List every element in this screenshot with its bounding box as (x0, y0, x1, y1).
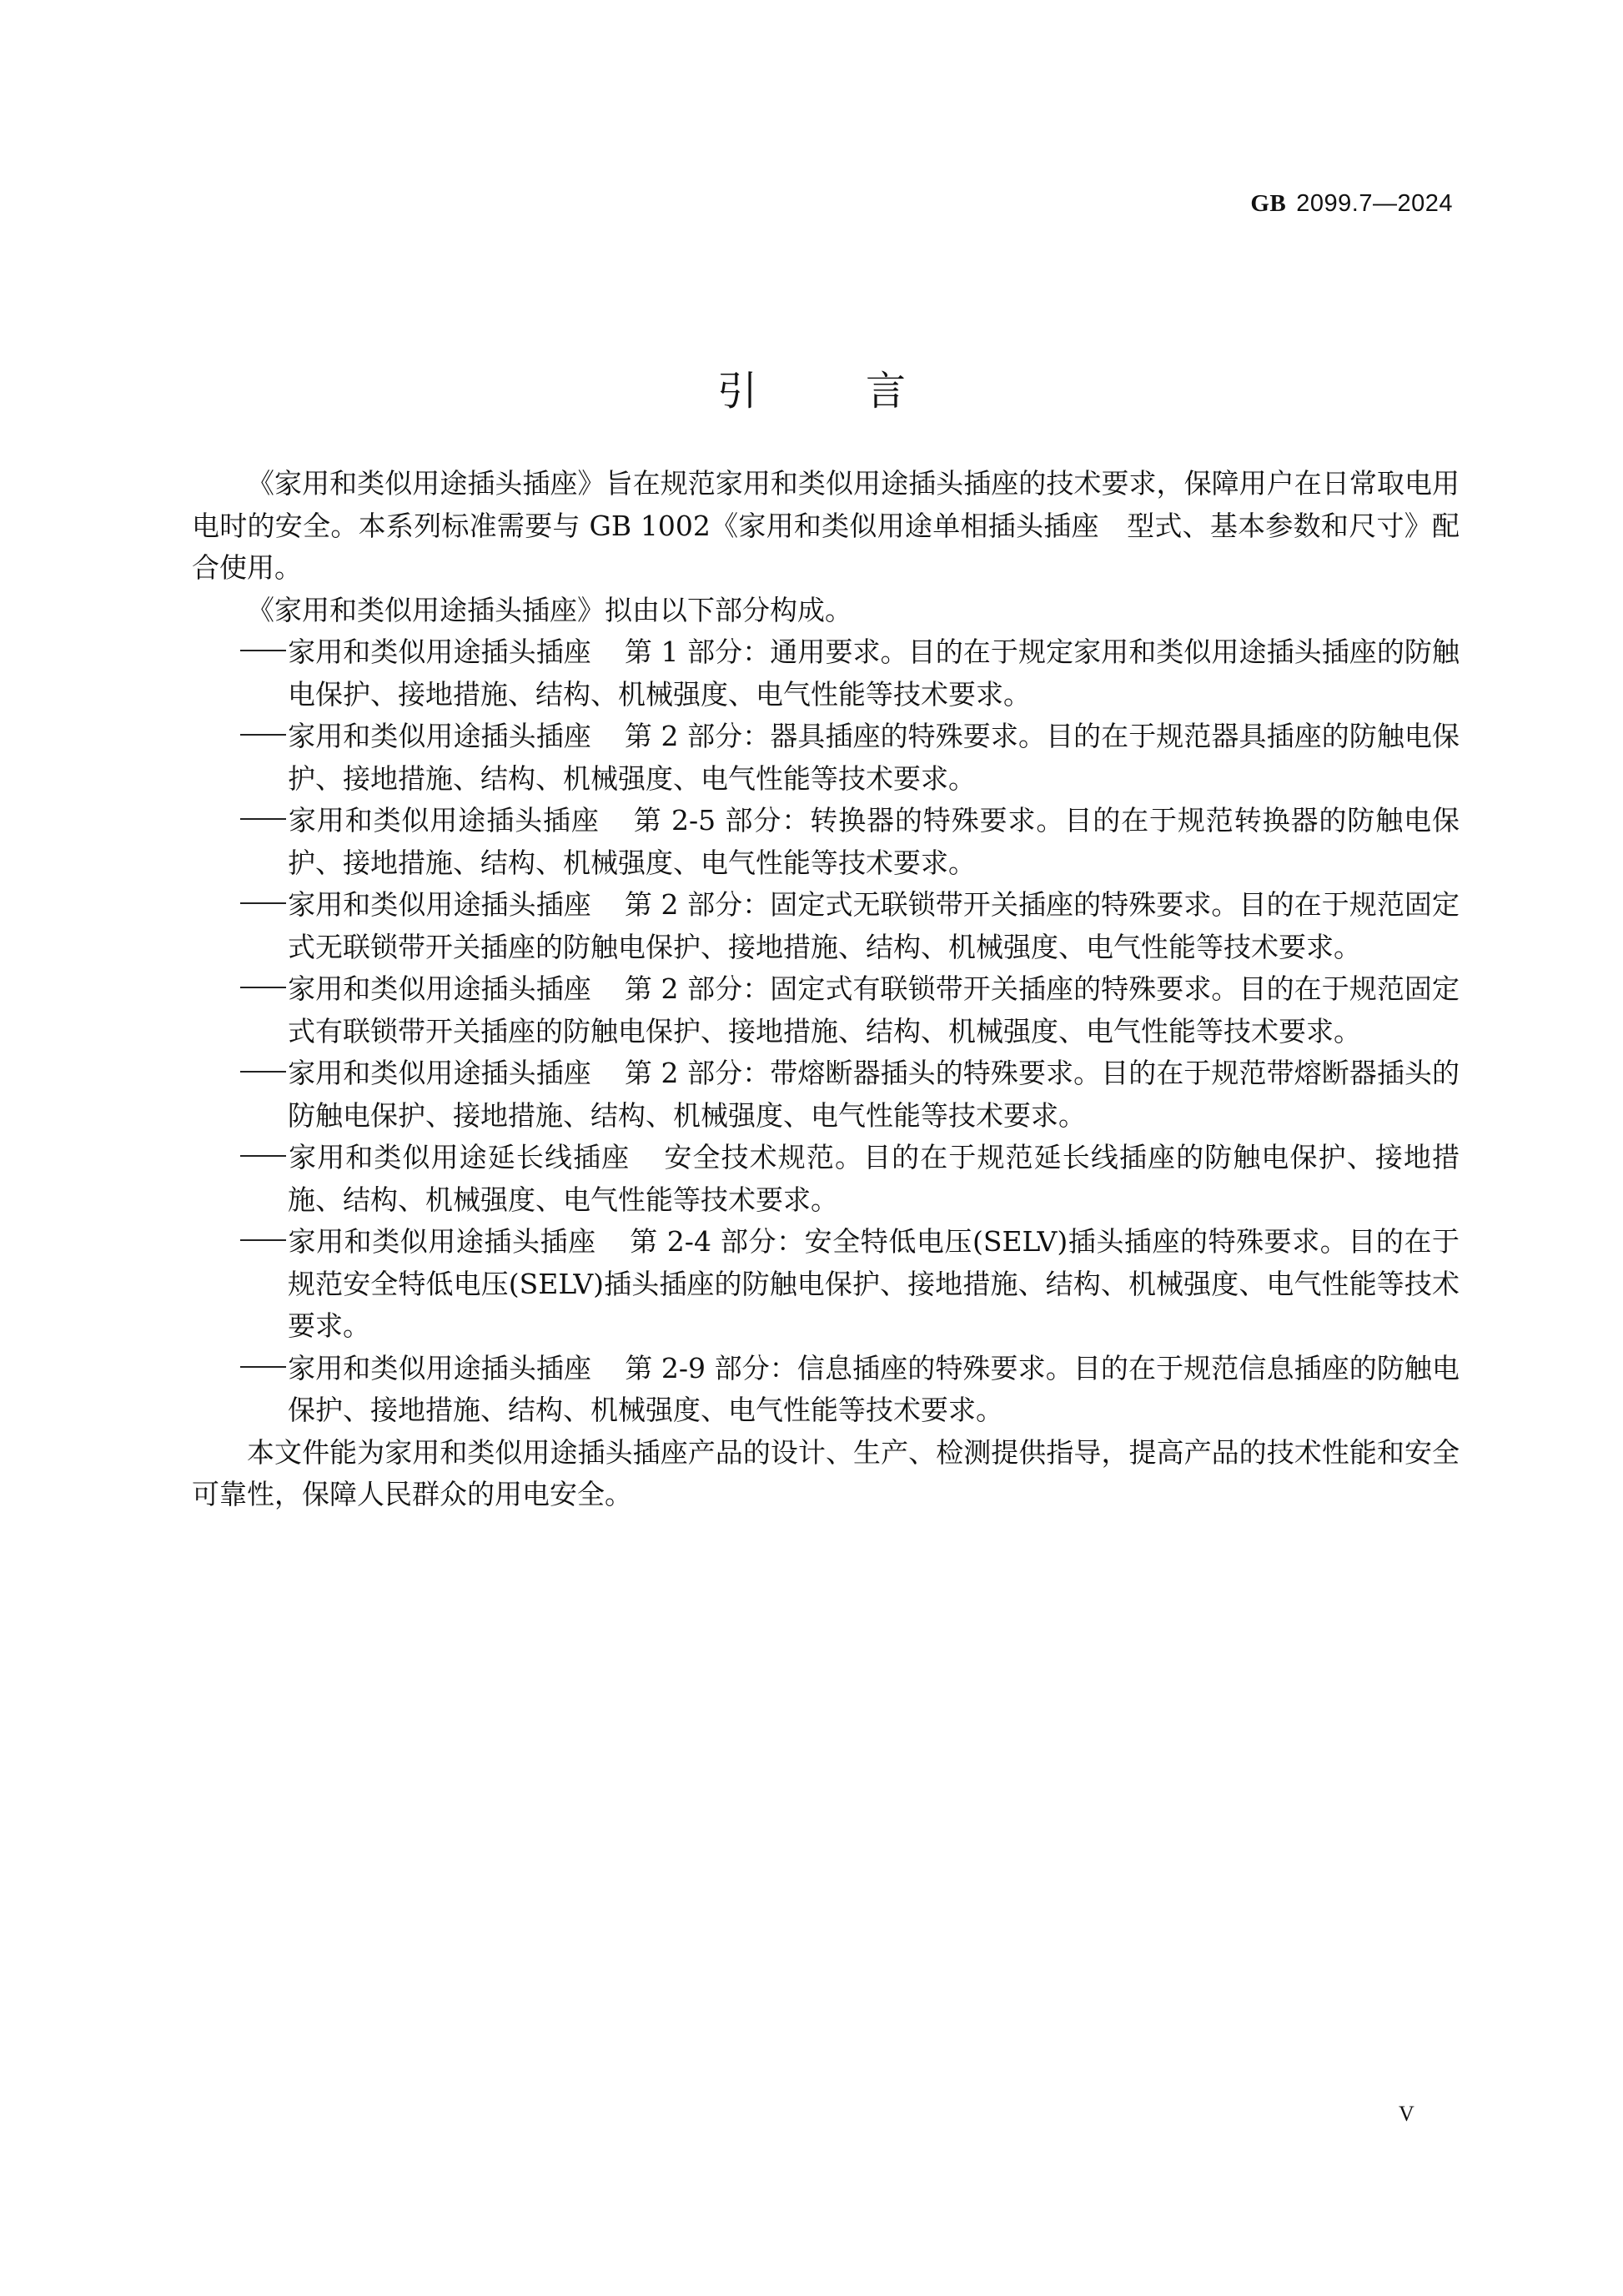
parts-list: 家用和类似用途插头插座第 1 部分：通用要求。目的在于规定家用和类似用途插头插座… (192, 631, 1460, 1432)
standard-number: 2099.7—2024 (1296, 190, 1453, 217)
part-name: 家用和类似用途插头插座 (288, 1225, 596, 1258)
list-item: 家用和类似用途插头插座第 2 部分：固定式无联锁带开关插座的特殊要求。目的在于规… (192, 884, 1460, 968)
dash-bullet-icon (192, 884, 288, 927)
list-item: 家用和类似用途插头插座第 1 部分：通用要求。目的在于规定家用和类似用途插头插座… (192, 631, 1460, 716)
part-name: 家用和类似用途插头插座 (288, 972, 591, 1005)
part-name: 家用和类似用途插头插座 (288, 1057, 591, 1089)
title-char-1: 引 (717, 359, 757, 416)
dash-bullet-icon (192, 1221, 288, 1264)
part-title: 第 2-5 部分：转换器的特殊要求。 (633, 804, 1065, 837)
dash-bullet-icon (192, 631, 288, 674)
dash-bullet-icon (192, 1053, 288, 1095)
part-title: 第 2-4 部分：安全特低电压(SELV)插头插座的特殊要求。 (630, 1225, 1349, 1258)
part-name: 家用和类似用途插头插座 (288, 1352, 591, 1384)
introduction-body: 《家用和类似用途插头插座》旨在规范家用和类似用途插头插座的技术要求，保障用户在日… (192, 463, 1460, 1516)
list-item: 家用和类似用途插头插座第 2-9 部分：信息插座的特殊要求。目的在于规范信息插座… (192, 1348, 1460, 1432)
standard-number-header: GB2099.7—2024 (1250, 190, 1453, 218)
part-title: 第 2 部分：固定式有联锁带开关插座的特殊要求。 (625, 972, 1239, 1005)
part-name: 家用和类似用途插头插座 (288, 804, 600, 837)
title-char-2: 言 (866, 359, 906, 416)
page-title: 引言 (0, 359, 1623, 416)
part-name: 家用和类似用途延长线插座 (288, 1141, 630, 1173)
part-name: 家用和类似用途插头插座 (288, 636, 591, 668)
part-name: 家用和类似用途插头插座 (288, 888, 591, 921)
part-title: 第 2 部分：器具插座的特殊要求。 (625, 720, 1046, 752)
list-item: 家用和类似用途插头插座第 2-4 部分：安全特低电压(SELV)插头插座的特殊要… (192, 1221, 1460, 1348)
part-title: 第 1 部分：通用要求。 (625, 636, 908, 668)
conclusion-paragraph: 本文件能为家用和类似用途插头插座产品的设计、生产、检测提供指导，提高产品的技术性… (192, 1432, 1460, 1516)
list-item: 家用和类似用途延长线插座安全技术规范。目的在于规范延长线插座的防触电保护、接地措… (192, 1137, 1460, 1221)
intro-paragraph-2: 《家用和类似用途插头插座》拟由以下部分构成。 (192, 590, 1460, 632)
part-name: 家用和类似用途插头插座 (288, 720, 591, 752)
page-number: V (1399, 2102, 1414, 2127)
list-item: 家用和类似用途插头插座第 2 部分：固定式有联锁带开关插座的特殊要求。目的在于规… (192, 968, 1460, 1053)
dash-bullet-icon (192, 968, 288, 1011)
dash-bullet-icon (192, 716, 288, 758)
standard-prefix: GB (1250, 190, 1286, 217)
dash-bullet-icon (192, 1137, 288, 1179)
dash-bullet-icon (192, 1348, 288, 1390)
list-item: 家用和类似用途插头插座第 2 部分：带熔断器插头的特殊要求。目的在于规范带熔断器… (192, 1053, 1460, 1137)
list-item: 家用和类似用途插头插座第 2-5 部分：转换器的特殊要求。目的在于规范转换器的防… (192, 800, 1460, 884)
part-title: 第 2-9 部分：信息插座的特殊要求。 (625, 1352, 1073, 1384)
part-title: 第 2 部分：带熔断器插头的特殊要求。 (625, 1057, 1101, 1089)
intro-paragraph-1: 《家用和类似用途插头插座》旨在规范家用和类似用途插头插座的技术要求，保障用户在日… (192, 463, 1460, 590)
list-item: 家用和类似用途插头插座第 2 部分：器具插座的特殊要求。目的在于规范器具插座的防… (192, 716, 1460, 800)
part-title: 安全技术规范。 (663, 1141, 863, 1173)
dash-bullet-icon (192, 800, 288, 842)
part-title: 第 2 部分：固定式无联锁带开关插座的特殊要求。 (625, 888, 1239, 921)
